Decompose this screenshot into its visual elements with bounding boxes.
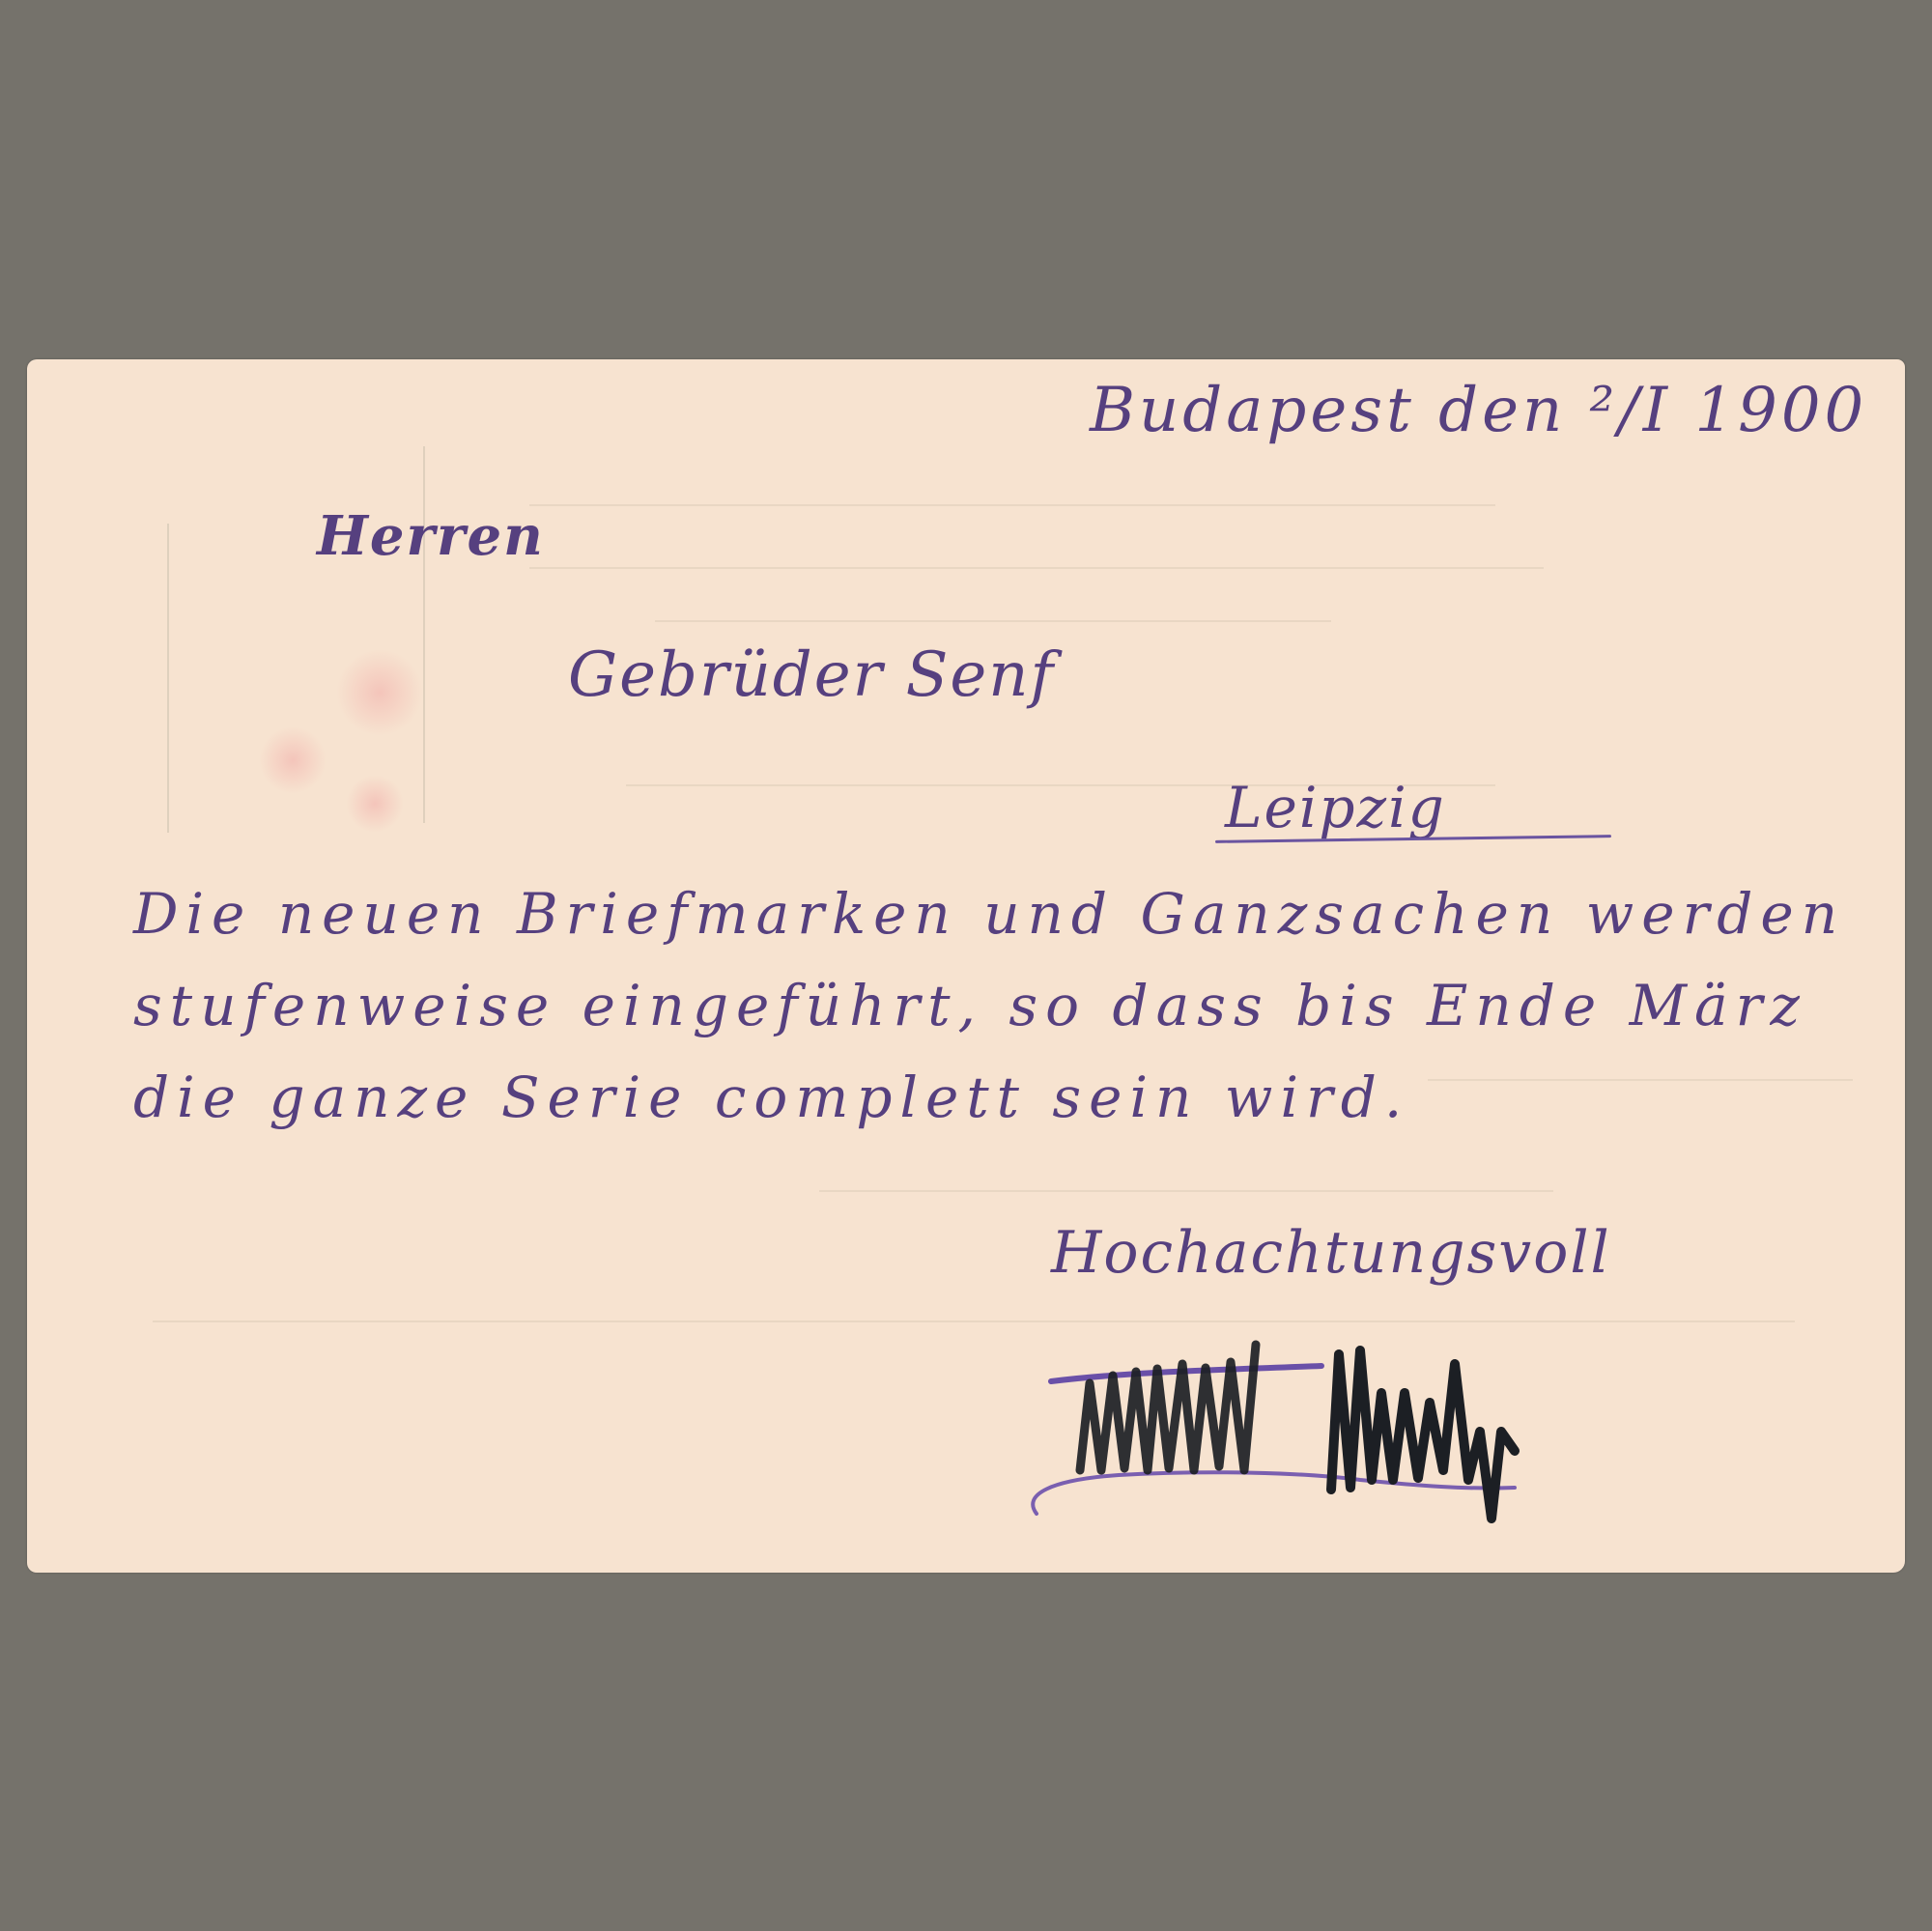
closing: Hochachtungsvoll [1051,1219,1611,1287]
show-through-print-line [819,1190,1553,1192]
scan-background: Budapest den ²/I 1900 Herren Gebrüder Se… [0,0,1932,1931]
show-through-print-line [153,1320,1795,1322]
show-through-stamp-box-line [423,446,425,823]
pink-stain [346,775,404,833]
show-through-stamp-box-line [167,524,169,833]
place-and-date: Budapest den ²/I 1900 [1090,375,1867,446]
recipient-city: Leipzig [1225,775,1446,840]
pink-stain [259,726,327,794]
signature: Hhllhht Unnnly [1012,1325,1563,1548]
postcard: Budapest den ²/I 1900 Herren Gebrüder Se… [27,359,1905,1573]
show-through-print-line [655,620,1331,622]
body-line-2: stufenweise eingeführt, so dass bis Ende… [133,973,1807,1038]
body-line-3: die ganze Serie complett sein wird. [133,1065,1409,1130]
show-through-print-line [529,504,1495,506]
show-through-print-line [1428,1079,1853,1081]
pink-stain [336,649,423,736]
body-line-1: Die neuen Briefmarken und Ganzsachen wer… [133,881,1845,947]
recipient-name: Gebrüder Senf [568,639,1055,711]
show-through-print-line [529,567,1544,569]
salutation: Herren [317,504,545,568]
